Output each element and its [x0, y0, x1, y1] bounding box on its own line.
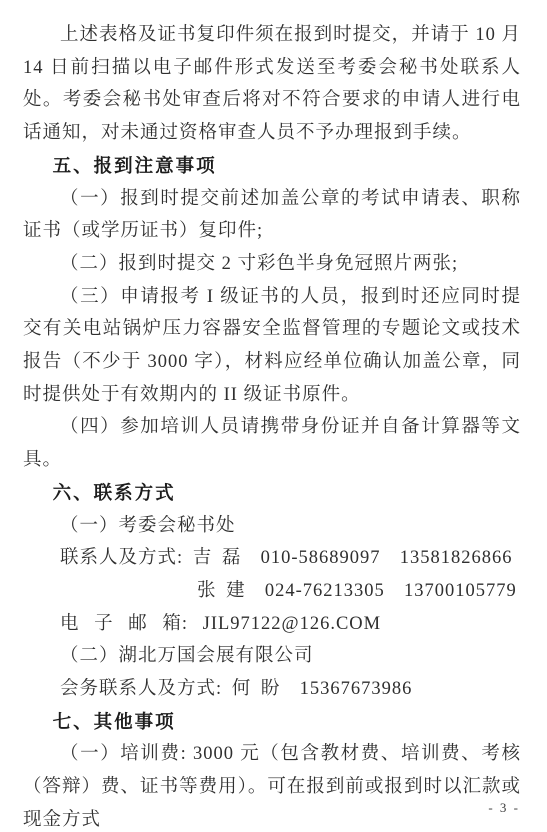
- section5-item4: （四）参加培训人员请携带身份证并自备计算器等文具。: [23, 411, 521, 476]
- section6-heading: 六、联系方式: [23, 477, 521, 510]
- contact-line-ji-lei: 联系人及方式: 吉 磊 010-58689097 13581826866: [23, 542, 521, 575]
- intro-paragraph: 上述表格及证书复印件须在报到时提交，并请于 10 月 14 日前扫描以电子邮件形…: [23, 19, 521, 150]
- email-line: 电 子 邮 箱: JIL97122@126.COM: [23, 608, 521, 641]
- section6-item1: （一）考委会秘书处: [23, 510, 521, 543]
- section5-item2: （二）报到时提交 2 寸彩色半身免冠照片两张;: [23, 248, 521, 281]
- document-page: 上述表格及证书复印件须在报到时提交，并请于 10 月 14 日前扫描以电子邮件形…: [0, 0, 547, 832]
- document-content: 上述表格及证书复印件须在报到时提交，并请于 10 月 14 日前扫描以电子邮件形…: [23, 19, 521, 832]
- section7-item1: （一）培训费: 3000 元（包含教材费、培训费、考核（答辩）费、证书等费用）。…: [23, 738, 521, 832]
- section5-item1: （一）报到时提交前述加盖公章的考试申请表、职称证书（或学历证书）复印件;: [23, 183, 521, 248]
- meeting-contact-line: 会务联系人及方式: 何 盼 15367673986: [23, 673, 521, 706]
- section7-heading: 七、其他事项: [23, 706, 521, 739]
- section6-item2: （二）湖北万国会展有限公司: [23, 640, 521, 673]
- contact-line-zhang-jian: 张 建 024-76213305 13700105779: [23, 575, 521, 608]
- page-number: - 3 -: [488, 800, 520, 816]
- section5-item3: （三）申请报考 I 级证书的人员，报到时还应同时提交有关电站锅炉压力容器安全监督…: [23, 281, 521, 412]
- section5-heading: 五、报到注意事项: [23, 150, 521, 183]
